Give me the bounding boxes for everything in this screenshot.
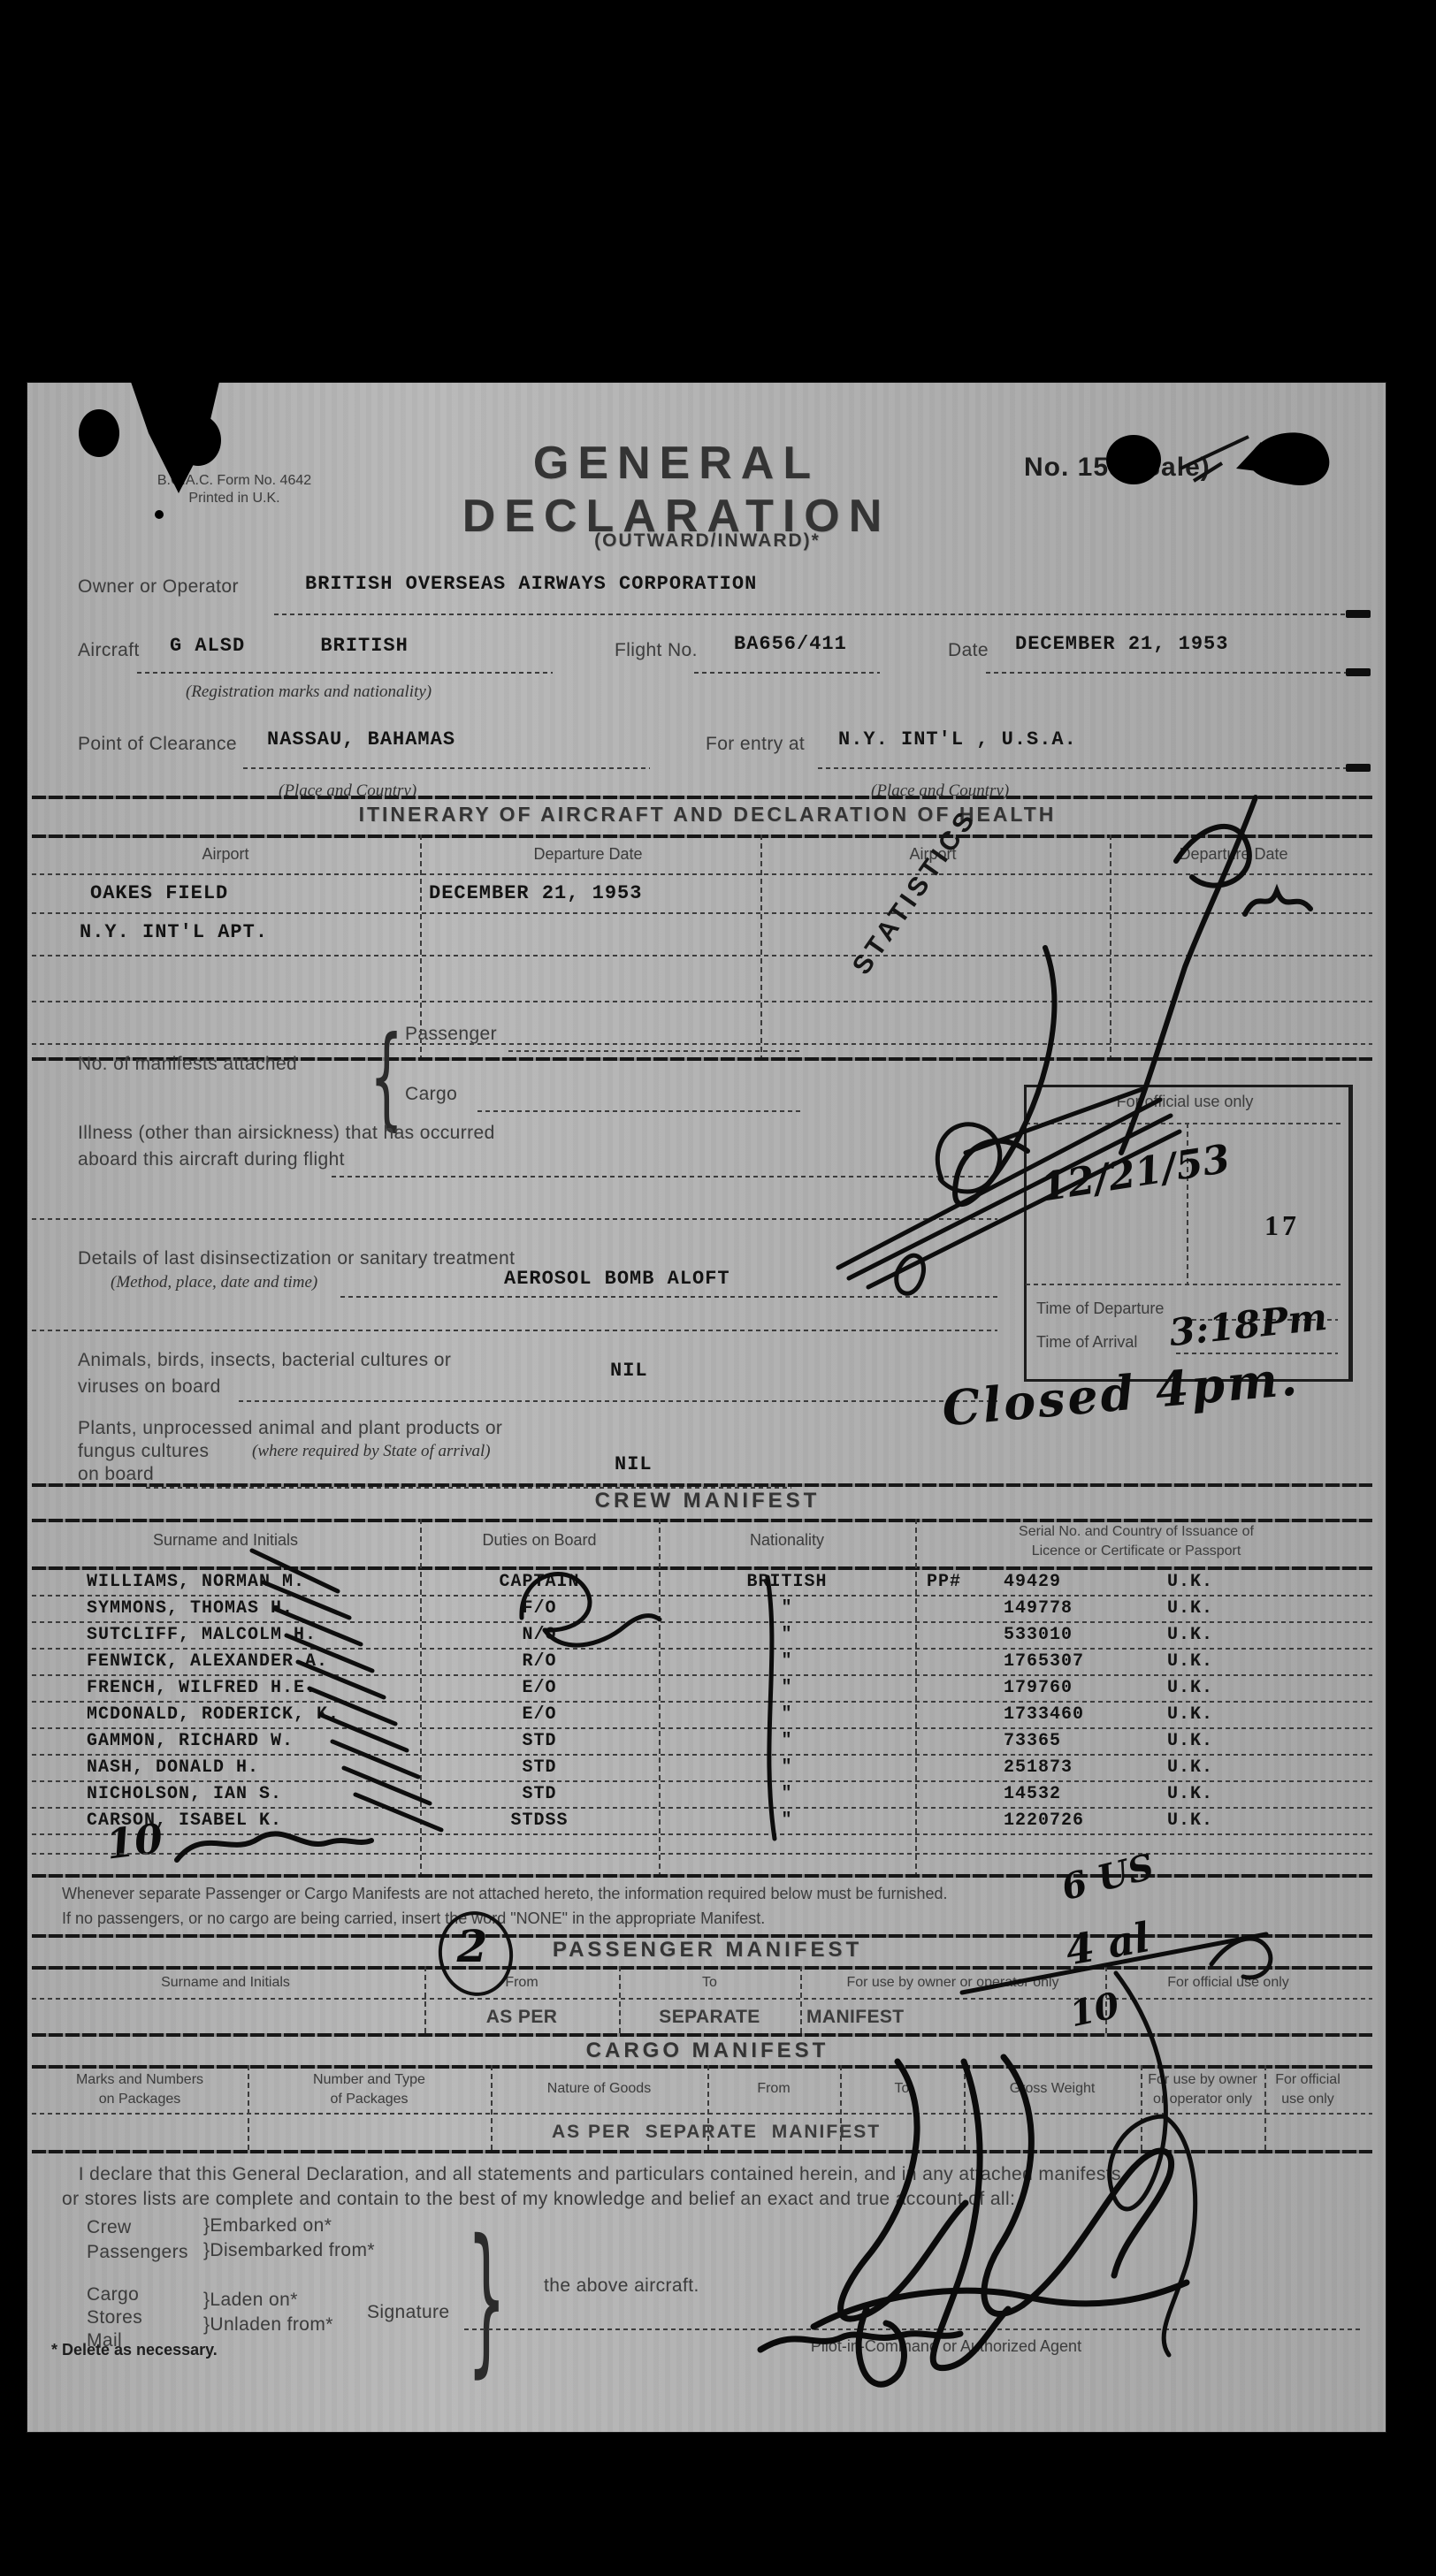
scanned-page-background: B.O.A.C. Form No. 4642 Printed in U.K. G… (0, 0, 1436, 2576)
general-declaration-form: B.O.A.C. Form No. 4642 Printed in U.K. G… (27, 382, 1386, 2433)
handwritten-scribbles (27, 382, 1386, 2433)
pilot-signature (760, 2057, 1187, 2384)
signature-itinerary (955, 797, 1310, 1204)
crew-pen-strokes (522, 1574, 775, 1839)
pen-marks (1180, 437, 1249, 481)
ink-blot (1106, 435, 1161, 484)
ink-blot (1236, 442, 1264, 472)
punch-hole (175, 415, 221, 466)
crew-checkmarks (252, 1551, 441, 1830)
ink-dot (155, 510, 164, 519)
handwritten-scrawl (177, 1833, 371, 1860)
crossed-out-scribble (838, 1089, 1180, 1293)
punch-hole (79, 409, 119, 457)
